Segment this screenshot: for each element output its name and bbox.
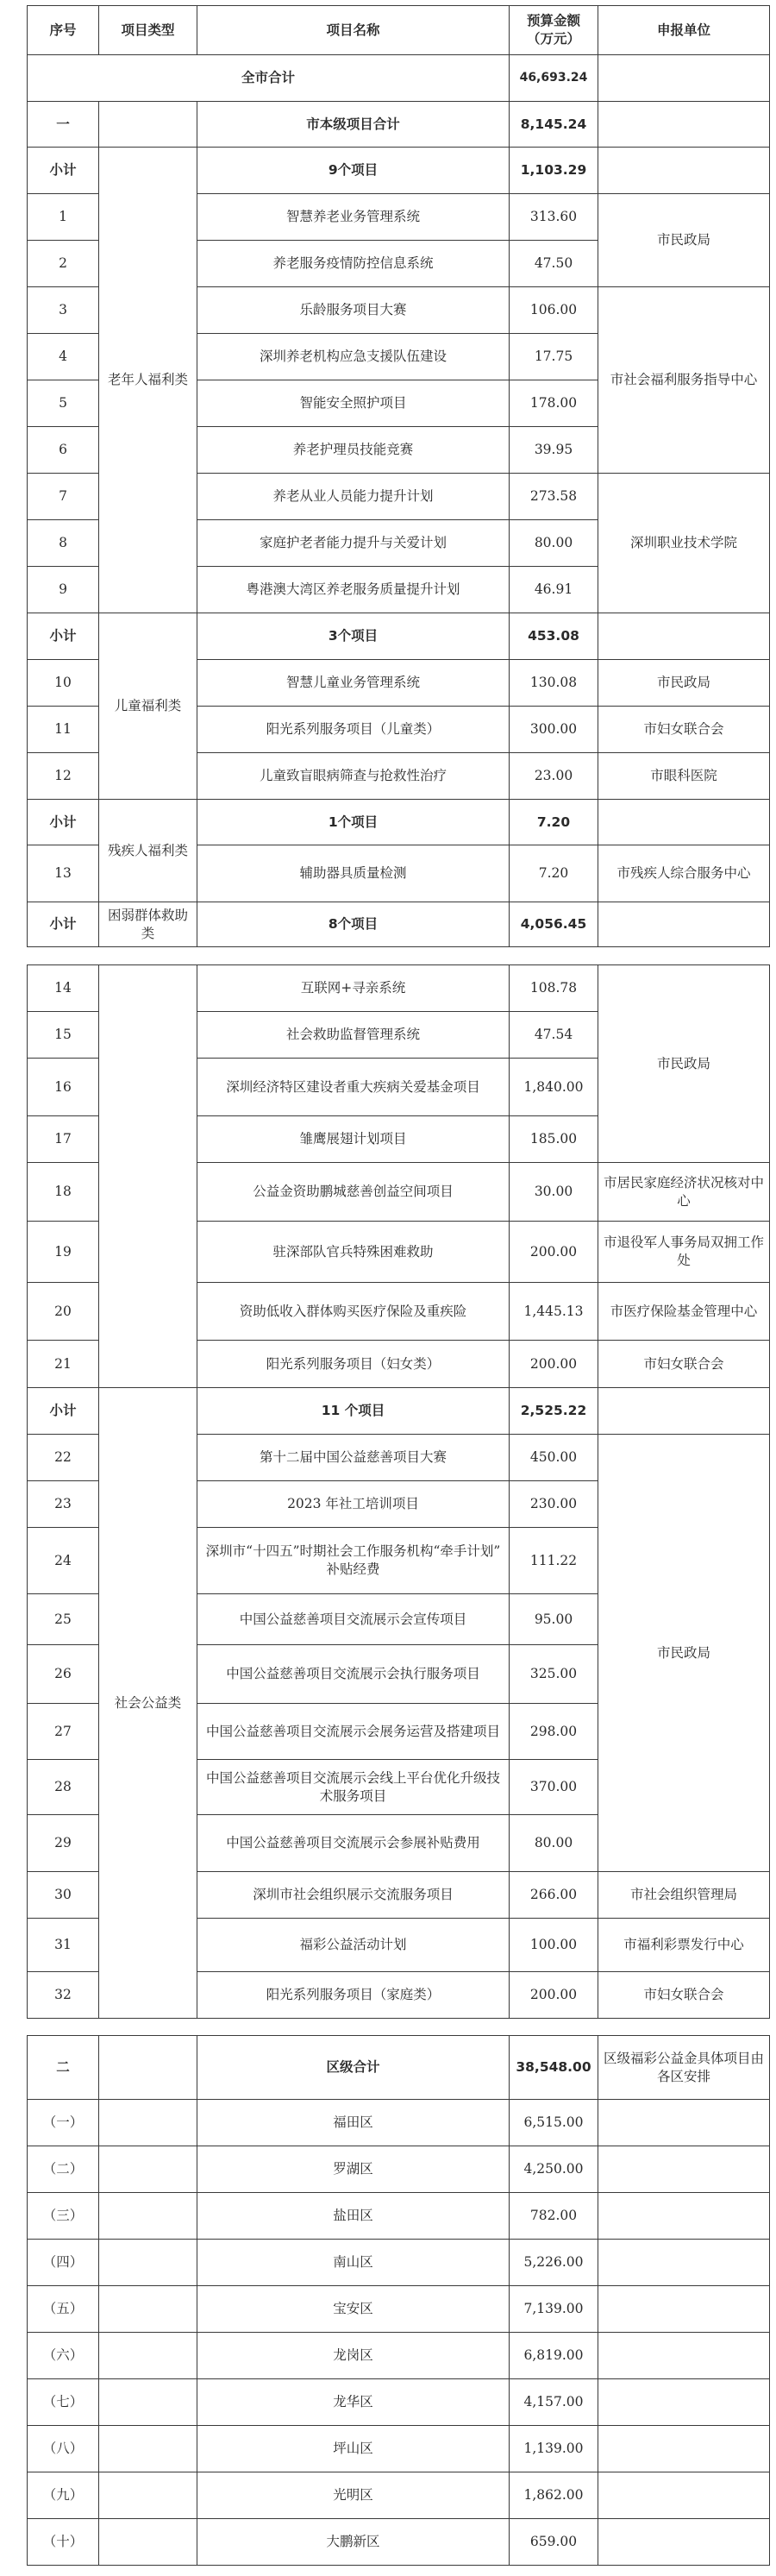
district-type xyxy=(99,2379,197,2426)
district-type xyxy=(99,2286,197,2333)
district-row: （八） 坪山区 1,139.00 xyxy=(28,2426,770,2472)
district-name: 大鹏新区 xyxy=(197,2519,510,2566)
row-amount: 30.00 xyxy=(510,1163,598,1222)
district-row: （六） 龙岗区 6,819.00 xyxy=(28,2333,770,2379)
row-name: 公益金资助鹏城慈善创益空间项目 xyxy=(197,1163,510,1222)
district-total-label: 区级合计 xyxy=(197,2036,510,2100)
row-name: 深圳市“十四五”时期社会工作服务机构“牵手计划” 补贴经费 xyxy=(197,1528,510,1594)
row-amount: 130.08 xyxy=(510,660,598,707)
row-seq: 29 xyxy=(28,1815,99,1872)
subtotal-amount: 2,525.22 xyxy=(510,1388,598,1435)
row-seq: 14 xyxy=(28,965,99,1012)
district-type xyxy=(99,2240,197,2286)
district-seq: （七） xyxy=(28,2379,99,2426)
row-name: 粤港澳大湾区养老服务质量提升计划 xyxy=(197,567,510,613)
district-seq: （六） xyxy=(28,2333,99,2379)
district-amount: 4,250.00 xyxy=(510,2146,598,2193)
district-unit xyxy=(598,2100,770,2146)
row-amount: 100.00 xyxy=(510,1919,598,1972)
row-amount: 17.75 xyxy=(510,334,598,380)
row-amount: 200.00 xyxy=(510,1341,598,1388)
row-unit: 市民政局 xyxy=(598,965,770,1163)
district-name: 福田区 xyxy=(197,2100,510,2146)
district-name: 南山区 xyxy=(197,2240,510,2286)
row-amount: 300.00 xyxy=(510,707,598,753)
category-relief-continued xyxy=(99,965,197,1388)
row-name: 儿童致盲眼病筛查与抢救性治疗 xyxy=(197,753,510,800)
subtotal-label: 小计 xyxy=(28,1388,99,1435)
row-seq: 7 xyxy=(28,474,99,520)
row-name: 智慧养老业务管理系统 xyxy=(197,194,510,241)
district-amount: 1,862.00 xyxy=(510,2472,598,2519)
row-name: 资助低收入群体购买医疗保险及重疾险 xyxy=(197,1283,510,1341)
grand-total-row: 全市合计 46,693.24 xyxy=(28,55,770,102)
row-seq: 17 xyxy=(28,1116,99,1163)
row-seq: 12 xyxy=(28,753,99,800)
row-seq: 31 xyxy=(28,1919,99,1972)
subtotal-row: 小计 残疾人福利类 1个项目 7.20 xyxy=(28,800,770,845)
city-level-row: 一 市本级项目合计 8,145.24 xyxy=(28,102,770,148)
header-unit: 申报单位 xyxy=(598,6,770,55)
row-seq: 23 xyxy=(28,1481,99,1528)
budget-table-part-1: 序号 项目类型 项目名称 预算金额（万元） 申报单位 全市合计 46,693.2… xyxy=(27,5,770,947)
district-amount: 659.00 xyxy=(510,2519,598,2566)
row-seq: 6 xyxy=(28,427,99,474)
header-seq: 序号 xyxy=(28,6,99,55)
subtotal-label: 小计 xyxy=(28,902,99,947)
row-amount: 39.95 xyxy=(510,427,598,474)
row-unit: 市退役军人事务局双拥工作处 xyxy=(598,1222,770,1283)
district-type xyxy=(99,2472,197,2519)
category-children: 儿童福利类 xyxy=(99,613,197,800)
city-level-unit xyxy=(598,102,770,148)
row-unit: 市残疾人综合服务中心 xyxy=(598,845,770,902)
row-amount: 47.50 xyxy=(510,241,598,287)
row-seq: 1 xyxy=(28,194,99,241)
row-unit: 市民政局 xyxy=(598,194,770,287)
budget-table-part-2: 14 互联网+寻亲系统 108.78 市民政局 15 社会救助监督管理系统 47… xyxy=(27,964,770,2019)
district-row: （二） 罗湖区 4,250.00 xyxy=(28,2146,770,2193)
subtotal-count: 11 个项目 xyxy=(197,1388,510,1435)
district-seq: （三） xyxy=(28,2193,99,2240)
row-unit: 市民政局 xyxy=(598,660,770,707)
grand-total-label: 全市合计 xyxy=(28,55,510,102)
row-seq: 15 xyxy=(28,1012,99,1059)
district-type xyxy=(99,2333,197,2379)
row-amount: 46.91 xyxy=(510,567,598,613)
subtotal-amount: 7.20 xyxy=(510,800,598,845)
row-name: 智慧儿童业务管理系统 xyxy=(197,660,510,707)
subtotal-label: 小计 xyxy=(28,613,99,660)
row-name: 深圳经济特区建设者重大疾病关爱基金项目 xyxy=(197,1059,510,1116)
row-unit: 市眼科医院 xyxy=(598,753,770,800)
subtotal-count: 9个项目 xyxy=(197,148,510,194)
row-amount: 325.00 xyxy=(510,1645,598,1704)
district-total-note: 区级福彩公益金具体项目由各区安排 xyxy=(598,2036,770,2100)
row-name: 阳光系列服务项目（家庭类） xyxy=(197,1972,510,2019)
subtotal-row: 小计 儿童福利类 3个项目 453.08 xyxy=(28,613,770,660)
subtotal-unit xyxy=(598,800,770,845)
district-row: （一） 福田区 6,515.00 xyxy=(28,2100,770,2146)
category-elderly: 老年人福利类 xyxy=(99,148,197,613)
row-seq: 22 xyxy=(28,1435,99,1481)
district-name: 罗湖区 xyxy=(197,2146,510,2193)
row-name: 中国公益慈善项目交流展示会参展补贴费用 xyxy=(197,1815,510,1872)
row-seq: 8 xyxy=(28,520,99,567)
subtotal-count: 8个项目 xyxy=(197,902,510,947)
row-amount: 273.58 xyxy=(510,474,598,520)
row-name: 互联网+寻亲系统 xyxy=(197,965,510,1012)
budget-table-part-3: 二 区级合计 38,548.00 区级福彩公益金具体项目由各区安排 （一） 福田… xyxy=(27,2035,770,2566)
subtotal-amount: 1,103.29 xyxy=(510,148,598,194)
row-seq: 16 xyxy=(28,1059,99,1116)
district-unit xyxy=(598,2472,770,2519)
subtotal-row: 小计 社会公益类 11 个项目 2,525.22 xyxy=(28,1388,770,1435)
row-unit: 深圳职业技术学院 xyxy=(598,474,770,613)
row-seq: 28 xyxy=(28,1760,99,1815)
district-unit xyxy=(598,2379,770,2426)
row-amount: 178.00 xyxy=(510,380,598,427)
row-unit: 市居民家庭经济状况核对中心 xyxy=(598,1163,770,1222)
district-row: （五） 宝安区 7,139.00 xyxy=(28,2286,770,2333)
row-unit: 市妇女联合会 xyxy=(598,707,770,753)
row-name: 中国公益慈善项目交流展示会线上平台优化升级技术服务项目 xyxy=(197,1760,510,1815)
row-name: 乐龄服务项目大赛 xyxy=(197,287,510,334)
row-amount: 106.00 xyxy=(510,287,598,334)
row-amount: 108.78 xyxy=(510,965,598,1012)
district-row: （三） 盐田区 782.00 xyxy=(28,2193,770,2240)
category-public-welfare: 社会公益类 xyxy=(99,1388,197,2019)
district-total-seq: 二 xyxy=(28,2036,99,2100)
subtotal-row: 小计 老年人福利类 9个项目 1,103.29 xyxy=(28,148,770,194)
subtotal-label: 小计 xyxy=(28,148,99,194)
district-amount: 4,157.00 xyxy=(510,2379,598,2426)
district-seq: （五） xyxy=(28,2286,99,2333)
district-amount: 6,515.00 xyxy=(510,2100,598,2146)
row-unit: 市民政局 xyxy=(598,1435,770,1872)
row-name: 阳光系列服务项目（儿童类） xyxy=(197,707,510,753)
row-name: 2023 年社工培训项目 xyxy=(197,1481,510,1528)
district-seq: （四） xyxy=(28,2240,99,2286)
row-amount: 298.00 xyxy=(510,1704,598,1760)
grand-total-amount: 46,693.24 xyxy=(510,55,598,102)
district-row: （四） 南山区 5,226.00 xyxy=(28,2240,770,2286)
district-row: （十） 大鹏新区 659.00 xyxy=(28,2519,770,2566)
row-amount: 185.00 xyxy=(510,1116,598,1163)
row-seq: 4 xyxy=(28,334,99,380)
district-type xyxy=(99,2193,197,2240)
row-seq: 30 xyxy=(28,1872,99,1919)
district-total-amount: 38,548.00 xyxy=(510,2036,598,2100)
row-unit: 市妇女联合会 xyxy=(598,1972,770,2019)
subtotal-row: 小计 困弱群体救助类 8个项目 4,056.45 xyxy=(28,902,770,947)
row-name: 中国公益慈善项目交流展示会展务运营及搭建项目 xyxy=(197,1704,510,1760)
row-name: 智能安全照护项目 xyxy=(197,380,510,427)
district-seq: （九） xyxy=(28,2472,99,2519)
row-seq: 19 xyxy=(28,1222,99,1283)
row-name: 中国公益慈善项目交流展示会执行服务项目 xyxy=(197,1645,510,1704)
district-name: 盐田区 xyxy=(197,2193,510,2240)
city-level-amount: 8,145.24 xyxy=(510,102,598,148)
district-unit xyxy=(598,2333,770,2379)
row-seq: 2 xyxy=(28,241,99,287)
row-name: 中国公益慈善项目交流展示会宣传项目 xyxy=(197,1594,510,1645)
row-seq: 13 xyxy=(28,845,99,902)
row-name: 深圳养老机构应急支援队伍建设 xyxy=(197,334,510,380)
row-name: 福彩公益活动计划 xyxy=(197,1919,510,1972)
district-row: （七） 龙华区 4,157.00 xyxy=(28,2379,770,2426)
row-seq: 32 xyxy=(28,1972,99,2019)
row-amount: 95.00 xyxy=(510,1594,598,1645)
district-total-row: 二 区级合计 38,548.00 区级福彩公益金具体项目由各区安排 xyxy=(28,2036,770,2100)
row-seq: 11 xyxy=(28,707,99,753)
row-amount: 1,840.00 xyxy=(510,1059,598,1116)
district-seq: （八） xyxy=(28,2426,99,2472)
subtotal-unit xyxy=(598,613,770,660)
district-name: 光明区 xyxy=(197,2472,510,2519)
district-name: 宝安区 xyxy=(197,2286,510,2333)
district-type xyxy=(99,2100,197,2146)
row-seq: 9 xyxy=(28,567,99,613)
row-amount: 313.60 xyxy=(510,194,598,241)
row-name: 社会救助监督管理系统 xyxy=(197,1012,510,1059)
table-header-row: 序号 项目类型 项目名称 预算金额（万元） 申报单位 xyxy=(28,6,770,55)
row-name: 养老服务疫情防控信息系统 xyxy=(197,241,510,287)
row-amount: 230.00 xyxy=(510,1481,598,1528)
subtotal-unit xyxy=(598,1388,770,1435)
district-seq: （一） xyxy=(28,2100,99,2146)
district-name: 龙华区 xyxy=(197,2379,510,2426)
row-seq: 24 xyxy=(28,1528,99,1594)
row-amount: 80.00 xyxy=(510,520,598,567)
district-seq: （十） xyxy=(28,2519,99,2566)
row-amount: 7.20 xyxy=(510,845,598,902)
district-type xyxy=(99,2146,197,2193)
district-unit xyxy=(598,2286,770,2333)
row-name: 养老护理员技能竞赛 xyxy=(197,427,510,474)
row-amount: 47.54 xyxy=(510,1012,598,1059)
row-seq: 10 xyxy=(28,660,99,707)
category-disabled: 残疾人福利类 xyxy=(99,800,197,902)
district-unit xyxy=(598,2519,770,2566)
row-name: 第十二届中国公益慈善项目大赛 xyxy=(197,1435,510,1481)
row-amount: 200.00 xyxy=(510,1222,598,1283)
subtotal-count: 1个项目 xyxy=(197,800,510,845)
row-amount: 200.00 xyxy=(510,1972,598,2019)
city-level-type xyxy=(99,102,197,148)
district-unit xyxy=(598,2146,770,2193)
header-name: 项目名称 xyxy=(197,6,510,55)
row-seq: 20 xyxy=(28,1283,99,1341)
grand-total-unit xyxy=(598,55,770,102)
district-total-type xyxy=(99,2036,197,2100)
table-row: 14 互联网+寻亲系统 108.78 市民政局 xyxy=(28,965,770,1012)
district-unit xyxy=(598,2193,770,2240)
row-seq: 5 xyxy=(28,380,99,427)
row-seq: 26 xyxy=(28,1645,99,1704)
district-amount: 782.00 xyxy=(510,2193,598,2240)
district-unit xyxy=(598,2426,770,2472)
row-name: 阳光系列服务项目（妇女类） xyxy=(197,1341,510,1388)
row-name: 驻深部队官兵特殊困难救助 xyxy=(197,1222,510,1283)
row-unit: 市妇女联合会 xyxy=(598,1341,770,1388)
district-amount: 6,819.00 xyxy=(510,2333,598,2379)
subtotal-amount: 453.08 xyxy=(510,613,598,660)
row-amount: 111.22 xyxy=(510,1528,598,1594)
district-amount: 1,139.00 xyxy=(510,2426,598,2472)
district-name: 坪山区 xyxy=(197,2426,510,2472)
row-amount: 80.00 xyxy=(510,1815,598,1872)
row-unit: 市社会组织管理局 xyxy=(598,1872,770,1919)
row-unit: 市社会福利服务指导中心 xyxy=(598,287,770,474)
subtotal-amount: 4,056.45 xyxy=(510,902,598,947)
header-amount: 预算金额（万元） xyxy=(510,6,598,55)
district-type xyxy=(99,2426,197,2472)
subtotal-unit xyxy=(598,148,770,194)
row-unit: 市福利彩票发行中心 xyxy=(598,1919,770,1972)
row-amount: 370.00 xyxy=(510,1760,598,1815)
subtotal-count: 3个项目 xyxy=(197,613,510,660)
row-amount: 266.00 xyxy=(510,1872,598,1919)
row-seq: 18 xyxy=(28,1163,99,1222)
row-seq: 27 xyxy=(28,1704,99,1760)
row-unit: 市医疗保险基金管理中心 xyxy=(598,1283,770,1341)
district-row: （九） 光明区 1,862.00 xyxy=(28,2472,770,2519)
subtotal-unit xyxy=(598,902,770,947)
row-name: 养老从业人员能力提升计划 xyxy=(197,474,510,520)
district-type xyxy=(99,2519,197,2566)
row-seq: 25 xyxy=(28,1594,99,1645)
district-amount: 7,139.00 xyxy=(510,2286,598,2333)
city-level-label: 市本级项目合计 xyxy=(197,102,510,148)
row-seq: 3 xyxy=(28,287,99,334)
row-amount: 23.00 xyxy=(510,753,598,800)
row-seq: 21 xyxy=(28,1341,99,1388)
district-name: 龙岗区 xyxy=(197,2333,510,2379)
district-unit xyxy=(598,2240,770,2286)
row-name: 雏鹰展翅计划项目 xyxy=(197,1116,510,1163)
subtotal-label: 小计 xyxy=(28,800,99,845)
category-relief: 困弱群体救助类 xyxy=(99,902,197,947)
district-seq: （二） xyxy=(28,2146,99,2193)
row-name: 深圳市社会组织展示交流服务项目 xyxy=(197,1872,510,1919)
row-amount: 450.00 xyxy=(510,1435,598,1481)
header-type: 项目类型 xyxy=(99,6,197,55)
row-name: 辅助器具质量检测 xyxy=(197,845,510,902)
row-name: 家庭护老者能力提升与关爱计划 xyxy=(197,520,510,567)
city-level-seq: 一 xyxy=(28,102,99,148)
row-amount: 1,445.13 xyxy=(510,1283,598,1341)
district-amount: 5,226.00 xyxy=(510,2240,598,2286)
